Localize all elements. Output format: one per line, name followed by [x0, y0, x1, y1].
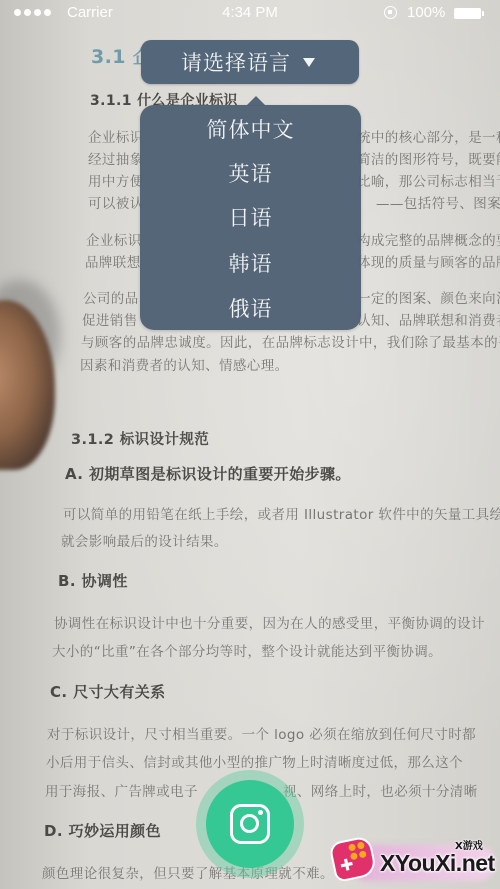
doc-line: 品牌联想 — [85, 251, 141, 271]
doc-line: 与顾客的品牌忠诚度。因此，在品牌标志设计中，我们除了最基本的平 — [81, 331, 500, 351]
site-watermark: ✚ X游戏 XYouXi.net — [330, 835, 498, 887]
doc-line: 用于海报、广告牌或电子 — [45, 780, 198, 800]
doc-line: 颜色理论很复杂，但只要了解基本原理就不难。 — [42, 862, 334, 882]
language-option-japanese[interactable]: 日语 — [140, 195, 361, 239]
status-bar: Carrier 4:34 PM 100% — [0, 0, 500, 26]
doc-line: 统中的核心部分，是一种 — [357, 126, 500, 146]
doc-line: 企业标识 — [86, 229, 142, 249]
doc-line: 可以被认 — [88, 192, 144, 212]
doc-line: 因素和消费者的认知、情感心理。 — [80, 354, 289, 374]
language-option-english[interactable]: 英语 — [140, 151, 361, 195]
doc-line: 一定的图案、颜色来向消 — [357, 287, 500, 307]
battery-full-icon — [454, 8, 481, 19]
doc-line: 大小的“比重”在各个部分均等时，整个设计就能达到平衡协调。 — [52, 640, 442, 660]
doc-line: 用中方便 — [88, 170, 144, 190]
doc-line: 可以简单的用铅笔在纸上手绘，或者用 Illustrator 软件中的矢量工具绘出 — [63, 503, 500, 523]
language-dropdown-menu: 简体中文 英语 日语 韩语 俄语 — [140, 105, 361, 330]
point-c-title: C. 尺寸大有关系 — [50, 681, 166, 702]
doc-line: 企业标识 — [88, 126, 144, 146]
doc-line: 简洁的图形符号，既要能 — [357, 148, 500, 168]
point-a-title: A. 初期草图是标识设计的重要开始步骤。 — [65, 463, 351, 484]
doc-line: 认知、品牌联想和消费者 — [357, 309, 500, 329]
doc-line: ——包括符号、图案或 — [376, 192, 500, 212]
battery-percent: 100% — [407, 4, 445, 21]
point-d-title: D. 巧妙运用颜色 — [44, 820, 161, 841]
doc-line: 视、网络上时，也必须十分清晰 — [283, 780, 478, 800]
language-option-russian[interactable]: 俄语 — [140, 286, 361, 330]
point-b-title: B. 协调性 — [58, 570, 128, 591]
subsection-title-2: 3.1.2 标识设计规范 — [71, 428, 209, 449]
doc-line: 公司的品 — [83, 287, 139, 307]
caret-down-icon — [303, 58, 315, 67]
doc-line: 促进销售 — [82, 309, 138, 329]
doc-line: 对于标识设计，尺寸相当重要。一个 logo 必须在缩放到任何尺寸时都 — [47, 723, 476, 743]
watermark-text: XYouXi.net — [380, 850, 495, 877]
language-select-label: 请选择语言 — [181, 47, 291, 77]
rotation-lock-icon — [384, 6, 397, 19]
language-option-korean[interactable]: 韩语 — [140, 241, 361, 285]
camera-icon — [230, 804, 270, 844]
doc-line: 经过抽象 — [88, 148, 144, 168]
doc-line: 小后用于信头、信封或其他小型的推广物上时清晰度过低，那么这个 — [46, 751, 463, 771]
language-select-button[interactable]: 请选择语言 — [141, 40, 359, 84]
language-option-simplified-chinese[interactable]: 简体中文 — [140, 107, 361, 151]
doc-line: 就会影响最后的设计结果。 — [61, 530, 228, 550]
doc-line: 构成完整的品牌概念的要 — [357, 229, 500, 249]
doc-line: 协调性在标识设计中也十分重要，因为在人的感受里，平衡协调的设计 — [54, 612, 485, 632]
doc-line: 比喻，那公司标志相当于 — [357, 170, 500, 190]
capture-button[interactable] — [206, 780, 294, 868]
doc-line: 体现的质量与顾客的品牌 — [357, 251, 500, 271]
